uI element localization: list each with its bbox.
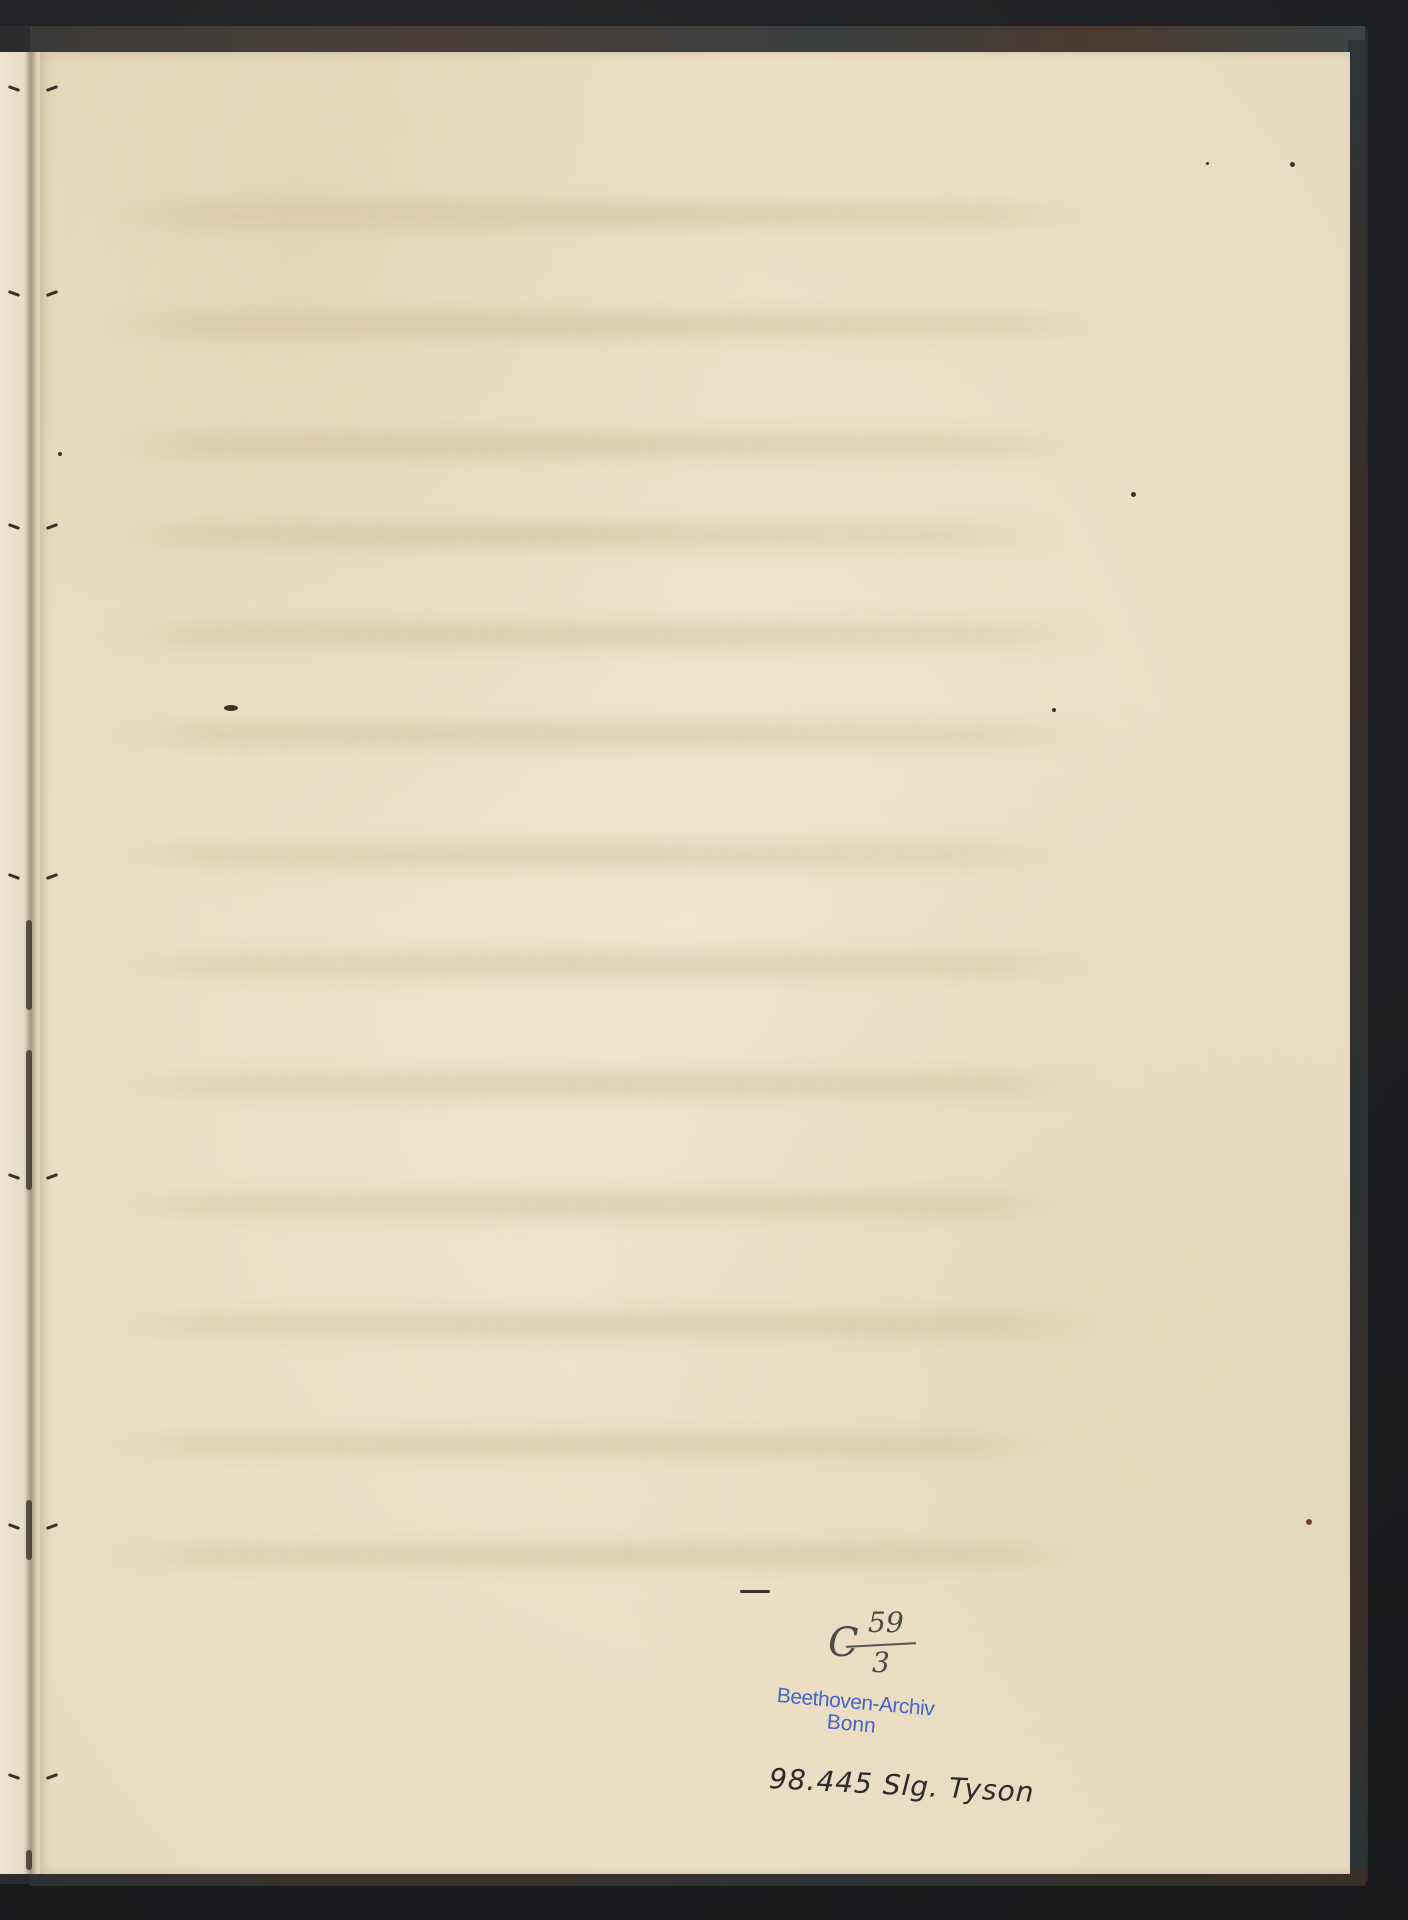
bleed-through-band (100, 1192, 1080, 1218)
bleed-through-band (100, 522, 1060, 548)
gutter-tear (26, 920, 32, 1010)
bleed-through-band (100, 842, 1080, 868)
ink-speck (1052, 708, 1056, 712)
gutter-tear (26, 1050, 32, 1190)
gutter-tear (26, 1500, 32, 1560)
shelfmark-numerator: 59 (868, 1606, 904, 1639)
pencil-shelfmark: C 59 3 (828, 1606, 938, 1686)
document-page (40, 52, 1350, 1874)
shelfmark-prefix: C (828, 1620, 859, 1666)
gutter-tear (26, 1850, 32, 1870)
ink-speck (1131, 492, 1136, 497)
ink-speck (1206, 162, 1209, 165)
ink-speck (740, 1590, 770, 1593)
bleed-through-band (100, 202, 1100, 228)
bleed-through-band (100, 1072, 1100, 1098)
bleed-through-band (100, 312, 1120, 338)
ink-speck (58, 452, 62, 456)
bleed-through-band (100, 1542, 1100, 1568)
bleed-through-band (100, 1432, 1060, 1458)
ink-speck (1306, 1519, 1312, 1525)
bleed-through-band (100, 952, 1100, 978)
ink-speck (1290, 162, 1295, 167)
bleed-through-band (100, 722, 1100, 748)
ink-speck (224, 705, 238, 711)
shelfmark-denominator: 3 (872, 1646, 890, 1679)
bleed-through-band (100, 1312, 1100, 1338)
bleed-through-band (100, 622, 1100, 648)
binding-right-edge (1348, 40, 1366, 1880)
bleed-through-band (100, 432, 1100, 458)
